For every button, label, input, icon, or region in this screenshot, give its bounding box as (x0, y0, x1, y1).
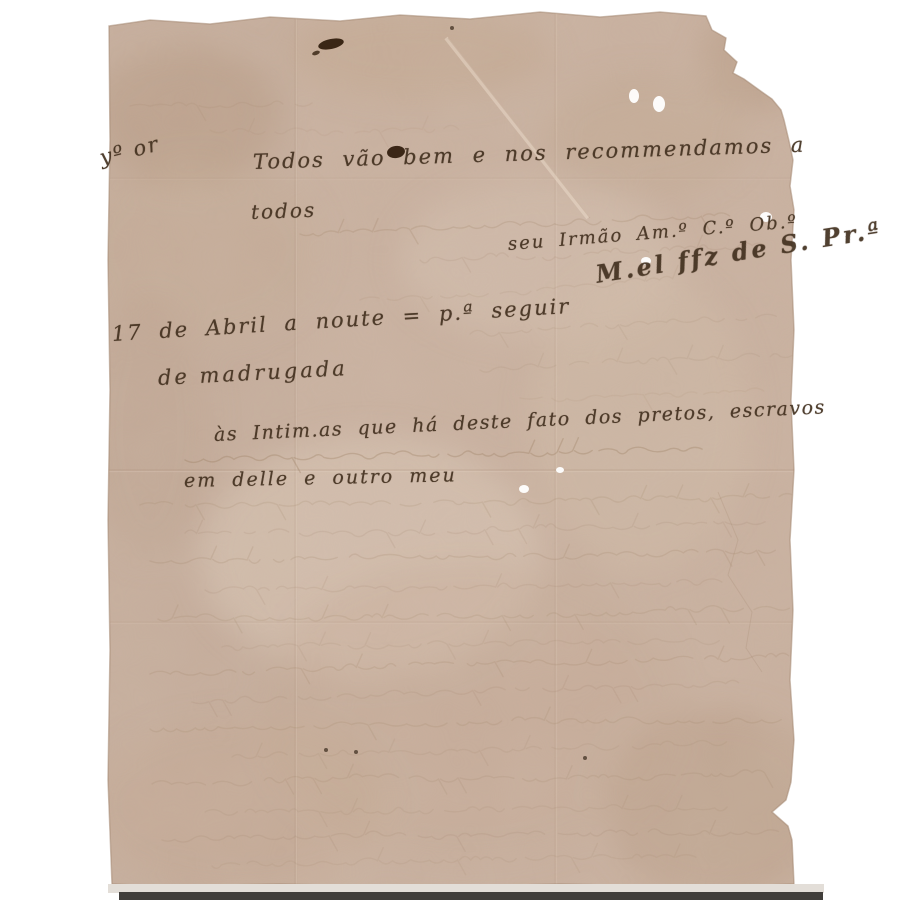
scanned-letter-photo: yº or Todos vão bem e nos recommendamos … (0, 0, 900, 900)
handwritten-line-body-2: todos (251, 198, 317, 224)
scan-edge-strip-dark (119, 892, 823, 900)
